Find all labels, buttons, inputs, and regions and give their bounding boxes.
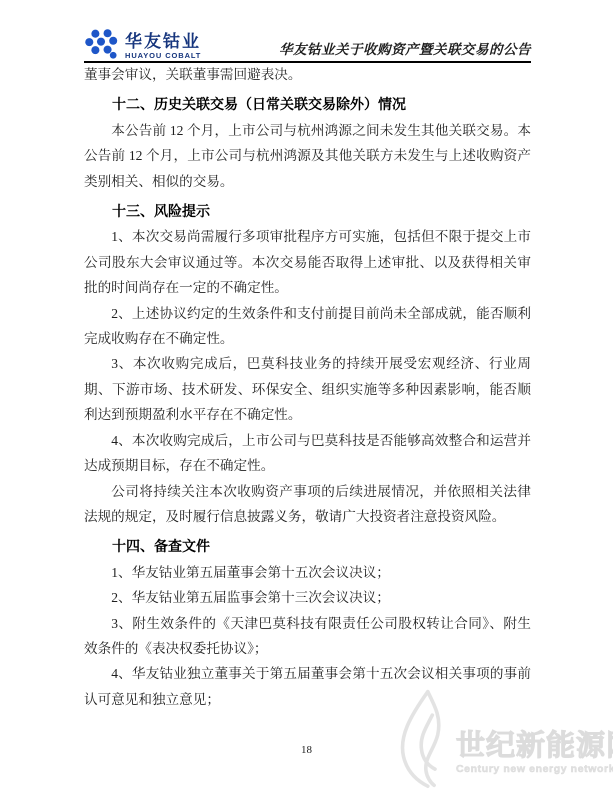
page-number: 18 <box>0 744 613 756</box>
paragraph: 3、附生效条件的《天津巴莫科技有限责任公司股权转让合同》、附生效条件的《表决权委… <box>84 611 531 662</box>
page-header: 华友钴业 HUAYOU COBALT 华友钴业关于收购资产暨关联交易的公告 <box>84 0 531 63</box>
logo-name-cn: 华友钴业 <box>125 33 201 50</box>
paragraph: 2、华友钴业第五届监事会第十三次会议决议； <box>84 585 531 610</box>
logo-text: 华友钴业 HUAYOU COBALT <box>125 33 201 60</box>
logo-mark-icon <box>84 29 118 59</box>
watermark-text-en: Century new energy network <box>456 763 613 775</box>
document-page: 华友钴业 HUAYOU COBALT 华友钴业关于收购资产暨关联交易的公告 董事… <box>0 0 613 791</box>
paragraph: 4、华友钴业独立董事关于第五届董事会第十五次会议相关事项的事前认可意见和独立意见… <box>84 661 531 712</box>
document-body: 董事会审议，关联董事需回避表决。 十二、历史关联交易（日常关联交易除外）情况 本… <box>84 62 531 712</box>
section-heading-13: 十三、风险提示 <box>84 199 531 224</box>
paragraph: 2、上述协议约定的生效条件和支付前提目前尚未全部成就，能否顺利完成收购存在不确定… <box>84 301 531 352</box>
section-heading-12: 十二、历史关联交易（日常关联交易除外）情况 <box>84 92 531 117</box>
paragraph: 公司将持续关注本次收购资产事项的后续进展情况，并依照相关法律法规的规定，及时履行… <box>84 479 531 530</box>
header-doc-title: 华友钴业关于收购资产暨关联交易的公告 <box>279 38 531 58</box>
logo-name-en: HUAYOU COBALT <box>125 52 201 60</box>
paragraph: 1、本次交易尚需履行多项审批程序方可实施，包括但不限于提交上市公司股东大会审议通… <box>84 224 531 300</box>
paragraph: 3、本次收购完成后，巴莫科技业务的持续开展受宏观经济、行业周期、下游市场、技术研… <box>84 351 531 427</box>
paragraph: 4、本次收购完成后，上市公司与巴莫科技是否能够高效整合和运营并达成预期目标，存在… <box>84 428 531 479</box>
paragraph: 本公告前 12 个月，上市公司与杭州鸿源之间未发生其他关联交易。本公告前 12 … <box>84 118 531 194</box>
section-heading-14: 十四、备查文件 <box>84 534 531 559</box>
continuation-paragraph: 董事会审议，关联董事需回避表决。 <box>84 62 531 87</box>
company-logo: 华友钴业 HUAYOU COBALT <box>84 29 201 59</box>
paragraph: 1、华友钴业第五届董事会第十五次会议决议； <box>84 560 531 585</box>
